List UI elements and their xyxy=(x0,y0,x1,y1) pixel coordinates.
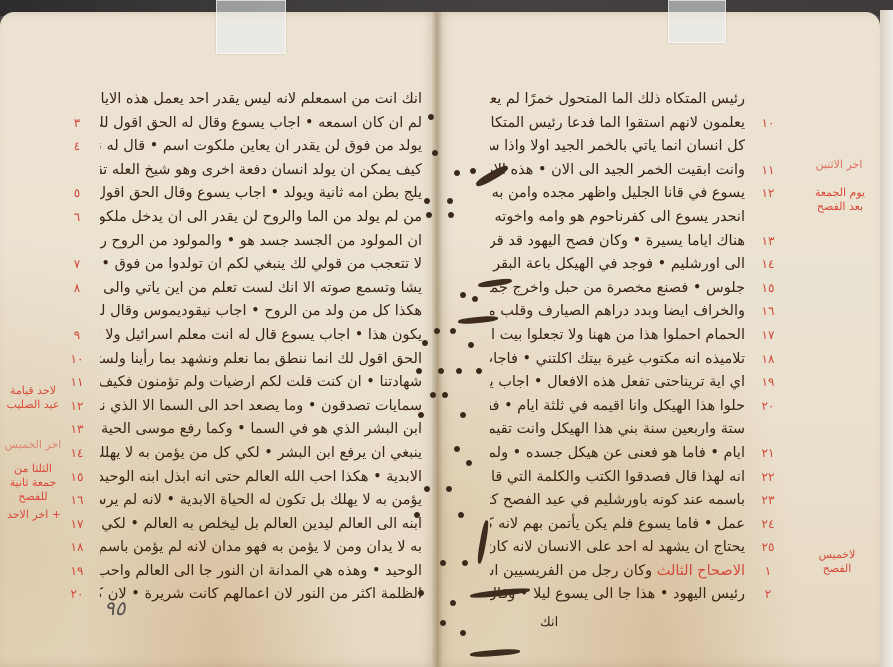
verse-number xyxy=(754,206,782,230)
text-line: الابدية • هكذا احب الله العالم حتى انه ا… xyxy=(100,466,422,490)
verse-number xyxy=(64,88,90,112)
verse-number: ٧ xyxy=(64,253,90,277)
verse-number: ٢١ xyxy=(754,442,782,466)
verse-number: ٥ xyxy=(64,182,90,206)
verse-number: ٢٤ xyxy=(754,513,782,537)
text-line: رئيس اليهود • هذا جا الى يسوع ليلا • وقا… xyxy=(490,583,745,607)
verse-number: ١٩ xyxy=(64,560,90,584)
text-line: انه لهذا قال فصدقوا الكتب والكلمة التي ق… xyxy=(490,466,745,490)
margin-note: اخر الاثنين xyxy=(808,158,870,172)
right-verse-numbers: ١٠ ١١ ١٢ ١٣ ١٤ ١٥ ١٦ ١٧ ١٨ ١٩ ٢٠ ٢١ ٢٢ ٢… xyxy=(754,88,782,607)
margin-note: يوم الجمعة بعد الفصح xyxy=(810,186,870,214)
page-edge-strip xyxy=(880,10,893,667)
text-line: اي اية تريناحتى تفعل هذه الافعال • اجاب … xyxy=(490,371,745,395)
verse-number: ٢٠ xyxy=(754,395,782,419)
verse-number: ٢ xyxy=(754,583,782,607)
text-line: عمل • فاما يسوع فلم يكن يأتمن بهم لانه ك… xyxy=(490,513,745,537)
margin-note: اخر الخميس xyxy=(2,438,64,452)
verse-number: ٢٥ xyxy=(754,536,782,560)
text-line: تلاميذه انه مكتوب غيرة بيتك اكلتني • فاج… xyxy=(490,348,745,372)
verse-number: ١٢ xyxy=(64,395,90,419)
verse-number: ١٠ xyxy=(64,348,90,372)
text-line: حلوا هذا الهيكل وانا اقيمه في ثلثة ايام … xyxy=(490,395,745,419)
text-line: ستة واربعين سنة بني هذا الهيكل وانت تقيم… xyxy=(490,418,745,442)
text-line: كل انسان انما ياتي بالخمر الجيد اولا واذ… xyxy=(490,135,745,159)
text-line: لا تتعجب من قولي لك ينبغي لكم ان تولدوا … xyxy=(100,253,422,277)
text-line: والخراف ايضا وبدد دراهم الصيارف وقلب موا… xyxy=(490,300,745,324)
verse-number xyxy=(64,300,90,324)
verse-number xyxy=(754,418,782,442)
verse-number: ٦ xyxy=(64,206,90,230)
verse-number: ١٧ xyxy=(64,513,90,537)
text-line: يحتاج ان يشهد له احد على الانسان لانه كا… xyxy=(490,536,745,560)
text-line: لم ان كان اسمعه • اجاب يسوع وقال له الحق… xyxy=(100,112,422,136)
text-line: باسمه عند كونه باورشليم في عيد الفصح كثي… xyxy=(490,489,745,513)
text-line: انك انت من اسمعلم لانه ليس يقدر احد يعمل… xyxy=(100,88,422,112)
text-line: ابن البشر الذي هو في السما • وكما رفع مو… xyxy=(100,418,422,442)
verse-number: ١٦ xyxy=(64,489,90,513)
margin-note: لاخميس الفصح xyxy=(812,548,862,576)
verse-number: ٢٠ xyxy=(64,583,90,607)
tape-strip-left xyxy=(216,0,286,54)
chapter-heading: الاصحاح الثالث xyxy=(657,563,745,579)
text-line: به لا يدان ومن لا يؤمن به فهو مدان لانه … xyxy=(100,536,422,560)
text-line: يسوع في قانا الجليل واظهر مجده وامن به ت… xyxy=(490,182,745,206)
verse-number: ١٨ xyxy=(64,536,90,560)
text-line: يولد من فوق لن يقدر ان يعاين ملكوت اسم •… xyxy=(100,135,422,159)
verse-number: ١٦ xyxy=(754,300,782,324)
verse-number: ٩ xyxy=(64,324,90,348)
folio-number: ٩٥ xyxy=(104,596,125,620)
verse-number: ١٩ xyxy=(754,371,782,395)
text-line-continued: وكان رجل من الفريسيين اسمه نيقوديموس xyxy=(490,563,652,579)
chapter-heading-line: الاصحاح الثالث وكان رجل من الفريسيين اسم… xyxy=(490,560,745,584)
text-line: وانت ابقيت الخمر الجيد الى الان • هذه ال… xyxy=(490,159,745,183)
verse-number: ١٠ xyxy=(754,112,782,136)
verse-number xyxy=(754,88,782,112)
verse-number xyxy=(64,159,90,183)
tape-strip-right xyxy=(668,0,726,43)
text-line: الوحيد • وهذه هي المدانة ان النور جا الى… xyxy=(100,560,422,584)
text-line: يلج بطن امه ثانية ويولد • اجاب يسوع وقال… xyxy=(100,182,422,206)
text-line: الحمام احملوا هذا من ههنا ولا تجعلوا بيت… xyxy=(490,324,745,348)
text-line: الظلمة اكثر من النور لان اعمالهم كانت شر… xyxy=(100,583,422,607)
text-line: انحدر يسوع الى كفرناحوم هو وامه واخوته و… xyxy=(490,206,745,230)
left-page-text: انك انت من اسمعلم لانه ليس يقدر احد يعمل… xyxy=(100,88,422,607)
text-line: الحق اقول لك انما ننطق بما نعلم ونشهد بم… xyxy=(100,348,422,372)
margin-note: لاحد قيامة عيد الصليب xyxy=(2,384,64,412)
verse-number: ٤ xyxy=(64,135,90,159)
margin-note: الثلثا من جمعة ثانية للفصح xyxy=(2,462,64,504)
text-line: ايام • فاما هو فعنى عن هيكل جسده • ولما … xyxy=(490,442,745,466)
text-line: هناك اياما يسيرة • وكان فصح اليهود قد قر… xyxy=(490,230,745,254)
verse-number: ١ xyxy=(754,560,782,584)
text-line: يعلمون لانهم استقوا الما فدعا رئيس المتك… xyxy=(490,112,745,136)
text-line: شهادتنا • ان كنت قلت لكم ارضيات ولم تؤمن… xyxy=(100,371,422,395)
verse-number: ١١ xyxy=(64,371,90,395)
text-line: الى اورشليم • فوجد في الهيكل باعة البقر … xyxy=(490,253,745,277)
text-line: جلوس • فصنع مخصرة من حبل واخرج جميعهم من… xyxy=(490,277,745,301)
text-line: يكون هذا • اجاب يسوع قال له انت معلم اسر… xyxy=(100,324,422,348)
catchword: انك xyxy=(540,615,558,630)
verse-number: ١٢ xyxy=(754,182,782,206)
text-line: يشا وتسمع صوته الا انك لست تعلم من اين ي… xyxy=(100,277,422,301)
verse-number: ١٥ xyxy=(754,277,782,301)
verse-number: ٢٢ ٢٣ xyxy=(754,466,782,490)
text-line: كيف يمكن ان يولد انسان دفعة اخرى وهو شيخ… xyxy=(100,159,422,183)
verse-number: ٣ xyxy=(64,112,90,136)
verse-number: ١٣ xyxy=(64,418,90,442)
verse-number: ١٥ xyxy=(64,466,90,490)
text-line: ان المولود من الجسد جسد هو • والمولود من… xyxy=(100,230,422,254)
book-gutter xyxy=(432,12,442,667)
text-line: سمايات تصدقون • وما يصعد احد الى السما ا… xyxy=(100,395,422,419)
left-verse-numbers: ٣ ٤ ٥ ٦ ٧ ٨ ٩ ١٠ ١١ ١٢ ١٣ ١٤ ١٥ ١٦ ١٧ ١٨… xyxy=(64,88,90,607)
verse-number xyxy=(754,135,782,159)
right-page-text: رئيس المتكاه ذلك الما المتحول خمرًا لم ي… xyxy=(490,88,745,607)
text-line: رئيس المتكاه ذلك الما المتحول خمرًا لم ي… xyxy=(490,88,745,112)
text-line: ابنه الى العالم ليدين العالم بل ليخلص به… xyxy=(100,513,422,537)
verse-number: ١١ xyxy=(754,159,782,183)
verse-number: ١٤ xyxy=(64,442,90,466)
verse-number: ١٤ xyxy=(754,253,782,277)
margin-note: + اخر الاحد xyxy=(6,508,62,522)
verse-number: ١٣ xyxy=(754,230,782,254)
verse-number: ١٧ xyxy=(754,324,782,348)
text-line: من لم يولد من الما والروح لن يقدر الى ان… xyxy=(100,206,422,230)
verse-number: ٨ xyxy=(64,277,90,301)
text-line: يؤمن به لا يهلك بل تكون له الحياة الابدي… xyxy=(100,489,422,513)
text-line: ينبغي ان يرفع ابن البشر • لكي كل من يؤمن… xyxy=(100,442,422,466)
verse-number xyxy=(64,230,90,254)
text-line: هكذا كل من ولد من الروح • اجاب نيقوديموس… xyxy=(100,300,422,324)
verse-number: ١٨ xyxy=(754,348,782,372)
